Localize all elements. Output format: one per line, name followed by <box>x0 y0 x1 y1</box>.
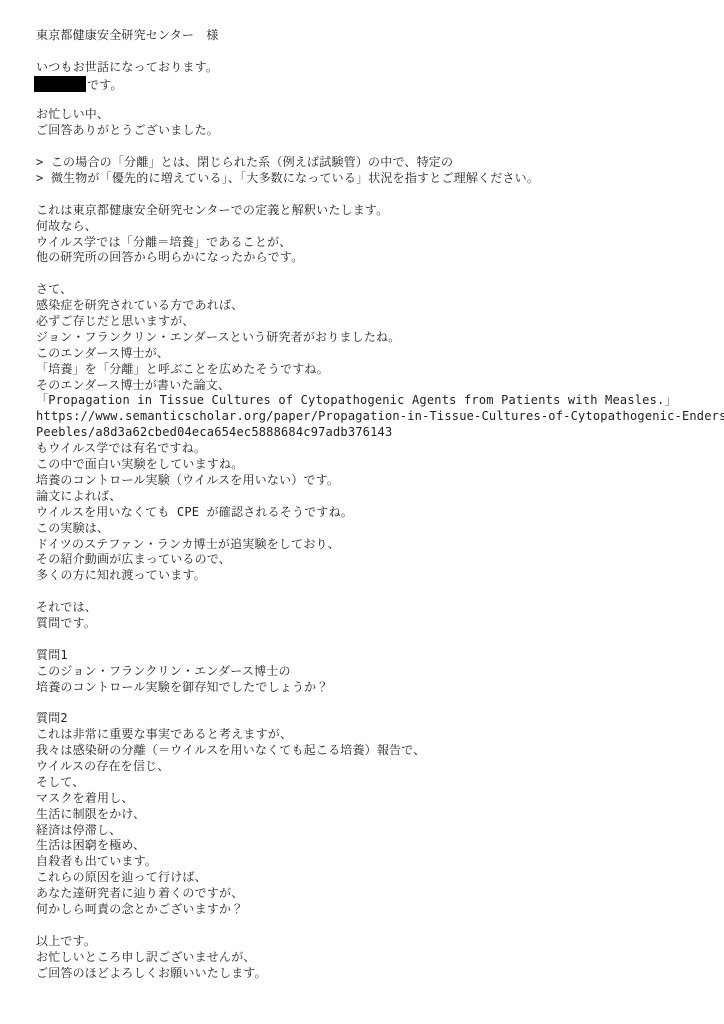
text-line: 何故なら、 <box>36 219 724 235</box>
text-line: 「培養」を「分離」と呼ぶことを広めたそうですね。 <box>36 362 724 378</box>
blank-line <box>36 139 724 155</box>
text-line: 他の研究所の回答から明らかになったからです。 <box>36 250 724 266</box>
text-line: これらの原因を辿って行けば、 <box>36 870 724 886</box>
text-line: 経済は停滞し、 <box>36 823 724 839</box>
text-line: 生活に制限をかけ、 <box>36 807 724 823</box>
blank-line <box>36 187 724 203</box>
text-line: いつもお世話になっております。 <box>36 60 724 76</box>
quoted-text-line: > 微生物が「優先的に増えている」、「大多数になっている」状況を指すとご理解くだ… <box>36 171 724 187</box>
text-line: お忙しいところ申し訳ございませんが、 <box>36 950 724 966</box>
text-line: あなた達研究者に辿り着くのですが、 <box>36 886 724 902</box>
blank-line <box>36 695 724 711</box>
letter-body: 東京都健康安全研究センター 様いつもお世話になっております。です。お忙しい中、ご… <box>36 28 724 981</box>
text-line: 以上です。 <box>36 934 724 950</box>
url-text-line: https://www.semanticscholar.org/paper/Pr… <box>36 409 724 425</box>
redacted-sender-line: です。 <box>36 76 724 92</box>
blank-line <box>36 44 724 60</box>
text-line: ご回答ありがとうございました。 <box>36 123 724 139</box>
text-line: 質問です。 <box>36 616 724 632</box>
text-line: この中で面白い実験をしていますね。 <box>36 457 724 473</box>
blank-line <box>36 632 724 648</box>
text-line: 多くの方に知れ渡っています。 <box>36 568 724 584</box>
text-line: 生活は困窮を極め、 <box>36 838 724 854</box>
text-line: それでは、 <box>36 600 724 616</box>
text-line: 必ずご存じだと思いますが、 <box>36 314 724 330</box>
text-line: これは東京都健康安全研究センターでの定義と解釈いたします。 <box>36 203 724 219</box>
redacted-name-box <box>34 76 86 92</box>
text-line: マスクを着用し、 <box>36 791 724 807</box>
text-line: さて、 <box>36 282 724 298</box>
text-line: お忙しい中、 <box>36 107 724 123</box>
text-line: 培養のコントロール実験（ウイルスを用いない）です。 <box>36 473 724 489</box>
text-line: この実験は、 <box>36 521 724 537</box>
text-line: ウイルスを用いなくても CPE が確認されるそうですね。 <box>36 505 724 521</box>
text-line: その紹介動画が広まっているので、 <box>36 552 724 568</box>
text-line: 質問2 <box>36 711 724 727</box>
text-line: このジョン・フランクリン・エンダース博士の <box>36 664 724 680</box>
text-line: 感染症を研究されている方であれば、 <box>36 298 724 314</box>
document-page: 東京都健康安全研究センター 様いつもお世話になっております。です。お忙しい中、ご… <box>0 0 724 1024</box>
blank-line <box>36 92 724 108</box>
blank-line <box>36 918 724 934</box>
text-line: 自殺者も出ています。 <box>36 854 724 870</box>
text-line: そのエンダース博士が書いた論文、 <box>36 378 724 394</box>
text-line: ドイツのステファン・ランカ博士が追実験をしており、 <box>36 537 724 553</box>
blank-line <box>36 584 724 600</box>
text-line: 何かしら呵責の念とかございますか？ <box>36 902 724 918</box>
text-line: これは非常に重要な事実であると考えますが、 <box>36 727 724 743</box>
text-line: ウイルスの存在を信じ、 <box>36 759 724 775</box>
text-line: このエンダース博士が、 <box>36 346 724 362</box>
text-line: ご回答のほどよろしくお願いいたします。 <box>36 966 724 982</box>
blank-line <box>36 266 724 282</box>
text-line: 「Propagation in Tissue Cultures of Cytop… <box>36 393 724 409</box>
text-line: ウイルス学では「分離＝培養」であることが、 <box>36 235 724 251</box>
text-line: 我々は感染研の分離（＝ウイルスを用いなくても起こる培養）報告で、 <box>36 743 724 759</box>
quoted-text-line: > この場合の「分離」とは、閉じられた系（例えば試験管）の中で、特定の <box>36 155 724 171</box>
text-line: 培養のコントロール実験を御存知でしたでしょうか？ <box>36 680 724 696</box>
text-line: 質問1 <box>36 648 724 664</box>
text-line: です。 <box>87 78 123 92</box>
text-line: そして、 <box>36 775 724 791</box>
url-text-line: Peebles/a8d3a62cbed04eca654ec5888684c97a… <box>36 425 724 441</box>
text-line: 論文によれば、 <box>36 489 724 505</box>
text-line: もウイルス学では有名ですね。 <box>36 441 724 457</box>
text-line: ジョン・フランクリン・エンダースという研究者がおりましたね。 <box>36 330 724 346</box>
text-line: 東京都健康安全研究センター 様 <box>36 28 724 44</box>
